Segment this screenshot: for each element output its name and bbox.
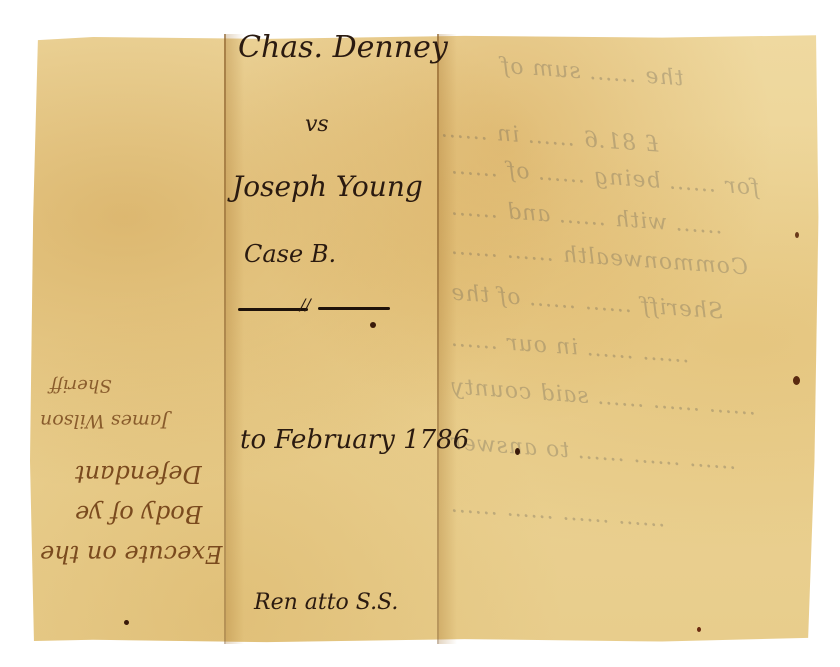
- divider-rule-left: [238, 308, 308, 311]
- endorsement-line-2: Body of ye: [75, 500, 202, 528]
- endorsement-line-3: Defendant: [75, 460, 202, 488]
- divider-rule-right: [318, 307, 390, 310]
- ink-spot: [370, 322, 376, 328]
- footer-note: Ren atto S.S.: [254, 590, 398, 615]
- fold-crease-left: [224, 34, 226, 644]
- fold-shadow-left: [226, 34, 244, 644]
- sheriff-signature-name: James Wilson: [40, 410, 169, 432]
- fold-crease-right: [437, 34, 439, 644]
- ink-spot: [795, 232, 799, 238]
- sheriff-signature-title: Sheriff: [50, 375, 112, 396]
- ink-spot: [124, 620, 129, 625]
- ink-spot: [515, 448, 520, 455]
- defendant-name: Joseph Young: [232, 170, 423, 203]
- plaintiff-name: Chas. Denney: [238, 30, 448, 65]
- ink-spot: [793, 376, 800, 385]
- endorsement-line-1: Execute on the: [40, 540, 222, 568]
- ink-spot: [697, 627, 701, 632]
- rule-mark: //: [300, 295, 311, 314]
- versus-label: vs: [305, 112, 329, 137]
- case-label: Case B.: [244, 240, 336, 268]
- date-line: to February 1786: [240, 425, 469, 455]
